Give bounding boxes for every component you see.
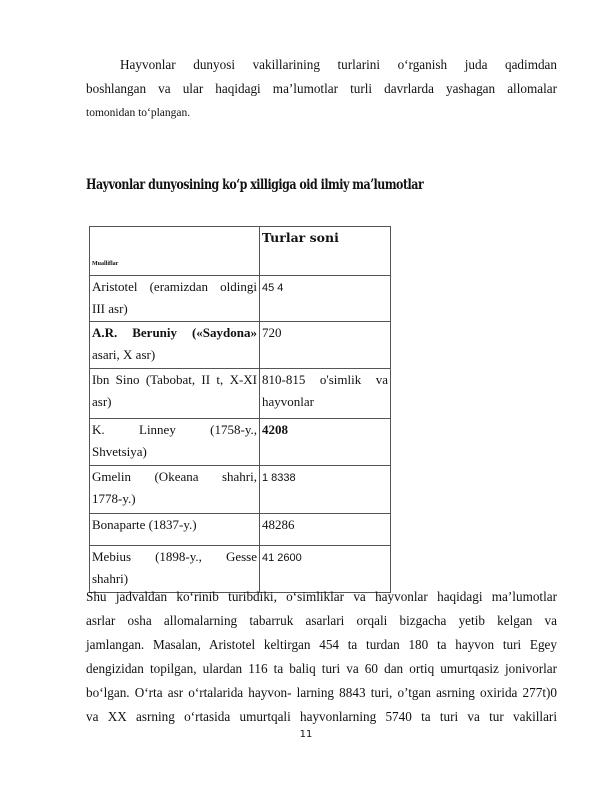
species-table: Mualliflar Turlar soni Aristotel (eramiz… [89,226,391,593]
table-row: A.R. Beruniy («Saydona»asari, X asr) 720 [90,322,391,369]
header-count: Turlar soni [260,227,391,276]
body-line: bo‘lgan. O‘rta asr o‘rtalarida hayvon- l… [86,681,557,705]
table-row: K. Linney (1758-y.,Shvetsiya) 4208 [90,419,391,466]
body-line: va XX asrning o‘rtasida umurtqali hayvon… [86,705,557,729]
table-row: Aristotel (eramizdan oldingiIII asr) 45 … [90,276,391,322]
intro-paragraph: Hayvonlar dunyosi vakillarining turlarin… [86,53,557,125]
intro-line: Hayvonlar dunyosi vakillarining turlarin… [86,53,557,77]
section-heading: Hayvonlar dunyosining ko‘p xilligiga oid… [86,177,423,193]
table-header-row: Mualliflar Turlar soni [90,227,391,276]
header-authors: Mualliflar [90,227,260,276]
body-paragraph: Shu jadvaldan ko‘rinib turibdiki, o‘siml… [86,585,557,729]
body-line: asrlar osha allomalarning tabarruk asarl… [86,609,557,633]
body-line: jamlangan. Masalan, Aristotel keltirgan … [86,633,557,657]
table-row: Gmelin (Okeana shahri,1778-y.) 1 8338 [90,466,391,514]
intro-line: boshlangan va ular haqidagi ma’lumotlar … [86,77,557,101]
body-line: dengizidan topilgan, ulardan 116 ta bali… [86,657,557,681]
table-row: Ibn Sino (Tabobat, II t, X-XIasr) 810-81… [90,369,391,419]
intro-line: tomonidan to‘plangan. [86,101,557,125]
body-line: Shu jadvaldan ko‘rinib turibdiki, o‘siml… [86,585,557,609]
table-row: Bonaparte (1837-y.) 48286 [90,514,391,546]
page-number: 11 [0,729,612,740]
